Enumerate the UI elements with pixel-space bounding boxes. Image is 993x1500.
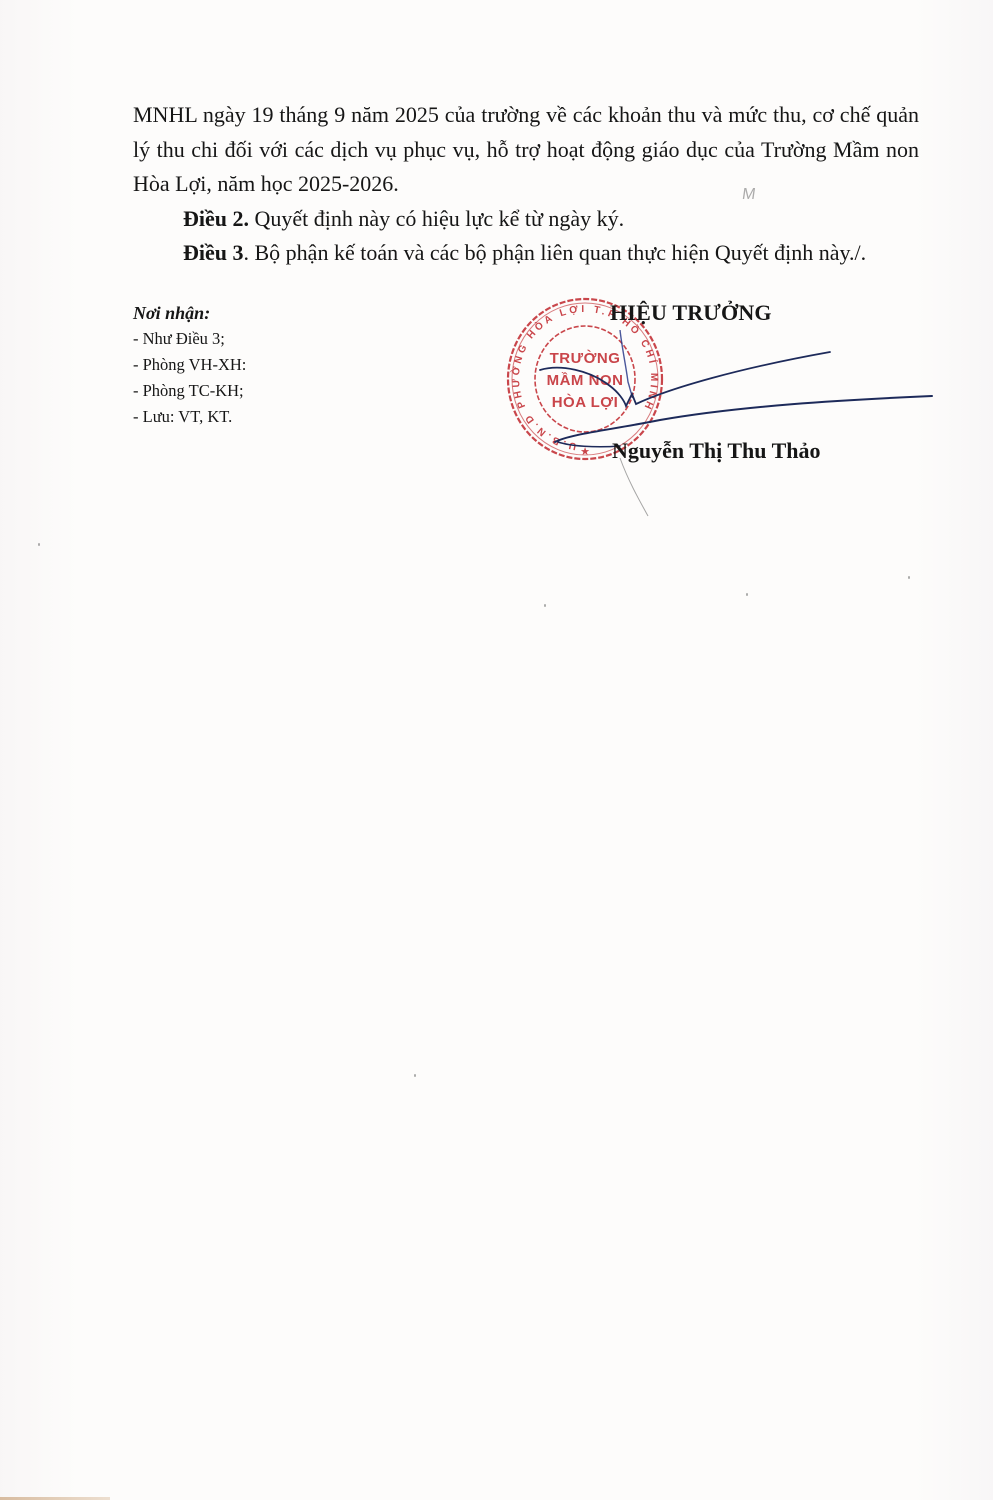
document-body: MNHL ngày 19 tháng 9 năm 2025 của trường… xyxy=(133,98,919,271)
scan-speck xyxy=(746,593,748,596)
article-2-label: Điều 2. xyxy=(183,206,249,231)
scan-speck xyxy=(414,1074,416,1077)
scan-speck xyxy=(908,576,910,579)
continuation-paragraph: MNHL ngày 19 tháng 9 năm 2025 của trường… xyxy=(133,98,919,202)
stamp-line-1: TRƯỜNG xyxy=(550,349,621,367)
article-2-text: Quyết định này có hiệu lực kể từ ngày ký… xyxy=(249,206,624,231)
stamp-line-3: HÒA LỢI xyxy=(552,393,619,411)
stamp-line-2: MẦM NON xyxy=(547,372,624,389)
article-3-label: Điều 3 xyxy=(183,240,244,265)
recipients-title: Nơi nhận: xyxy=(133,300,246,326)
signer-title: HIỆU TRƯỞNG xyxy=(610,300,772,326)
recipient-item: - Như Điều 3; xyxy=(133,326,246,352)
recipient-item: - Lưu: VT, KT. xyxy=(133,404,246,430)
scan-speck xyxy=(544,604,546,607)
recipient-item: - Phòng TC-KH; xyxy=(133,378,246,404)
scanned-document-page: MNHL ngày 19 tháng 9 năm 2025 của trường… xyxy=(0,0,993,1500)
scan-speck xyxy=(38,543,40,546)
signer-name: Nguyễn Thị Thu Thảo xyxy=(612,438,821,464)
article-2: Điều 2. Quyết định này có hiệu lực kể từ… xyxy=(133,202,919,237)
recipient-item: - Phòng VH-XH: xyxy=(133,352,246,378)
handwritten-margin-mark: M xyxy=(741,186,757,204)
article-3-text: . Bộ phận kế toán và các bộ phận liên qu… xyxy=(244,240,867,265)
article-3: Điều 3. Bộ phận kế toán và các bộ phận l… xyxy=(133,236,919,271)
stamp-star-icon: ★ xyxy=(580,445,590,458)
recipients-block: Nơi nhận: - Như Điều 3; - Phòng VH-XH: -… xyxy=(133,300,246,430)
